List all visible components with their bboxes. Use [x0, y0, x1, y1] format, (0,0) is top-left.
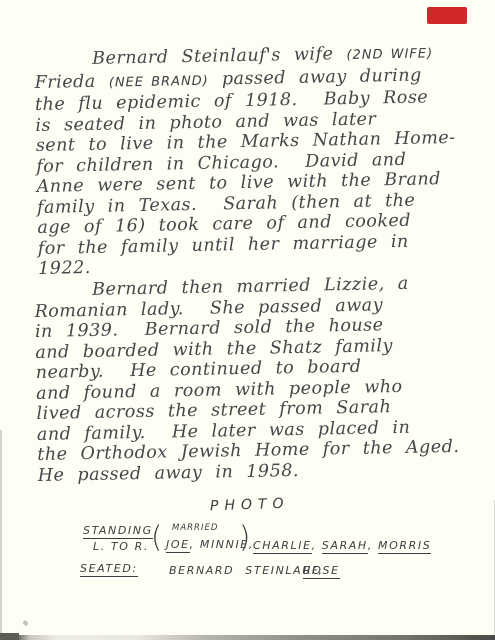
name-joe: JOE	[166, 538, 190, 553]
document-page: Bernard Steinlauf's wife (2ND WIFE)Fried…	[0, 0, 495, 640]
scan-edge-bottom-left	[0, 633, 19, 640]
seated-names: BERNARD STEINLAUF,	[169, 564, 324, 577]
script-text-segment: passed away during	[209, 65, 422, 89]
name-sarah: SARAH	[322, 539, 368, 554]
married-note: MARRIED	[172, 523, 218, 533]
photo-heading: PHOTO	[210, 496, 290, 515]
separator: ,	[190, 538, 200, 551]
printed-text-segment: (2ND WIFE)	[346, 46, 433, 63]
red-tag	[427, 7, 467, 24]
script-text-segment: Bernard Steinlauf's wife	[92, 44, 347, 69]
scan-edge-left	[0, 430, 2, 633]
left-to-right-label: L. TO R.	[93, 540, 149, 553]
close-paren: )	[239, 521, 250, 553]
open-paren: (	[151, 521, 162, 553]
scan-edge-bottom	[0, 635, 495, 640]
separator: ,	[312, 539, 322, 552]
paragraph-second-marriage: Bernard then married Lizzie, aRomanian l…	[34, 273, 478, 486]
script-text-segment: 1922.	[38, 258, 91, 279]
printed-text-segment: (NEE BRAND)	[109, 73, 209, 90]
scan-speck	[22, 620, 28, 626]
name-morris: MORRIS	[378, 539, 431, 554]
seated-label: SEATED:	[80, 562, 138, 577]
script-text-segment: Frieda	[34, 71, 109, 92]
standing-names: CHARLIE, SARAH, MORRIS	[253, 539, 431, 552]
standing-label: STANDING	[83, 524, 153, 539]
name-rose: ROSE	[303, 564, 340, 579]
name-charlie: CHARLIE	[253, 539, 312, 554]
paragraph-first-wife: Bernard Steinlauf's wife (2ND WIFE)Fried…	[34, 42, 478, 280]
separator: ,	[368, 539, 378, 552]
script-text-segment: He passed away in 1958.	[38, 460, 300, 485]
